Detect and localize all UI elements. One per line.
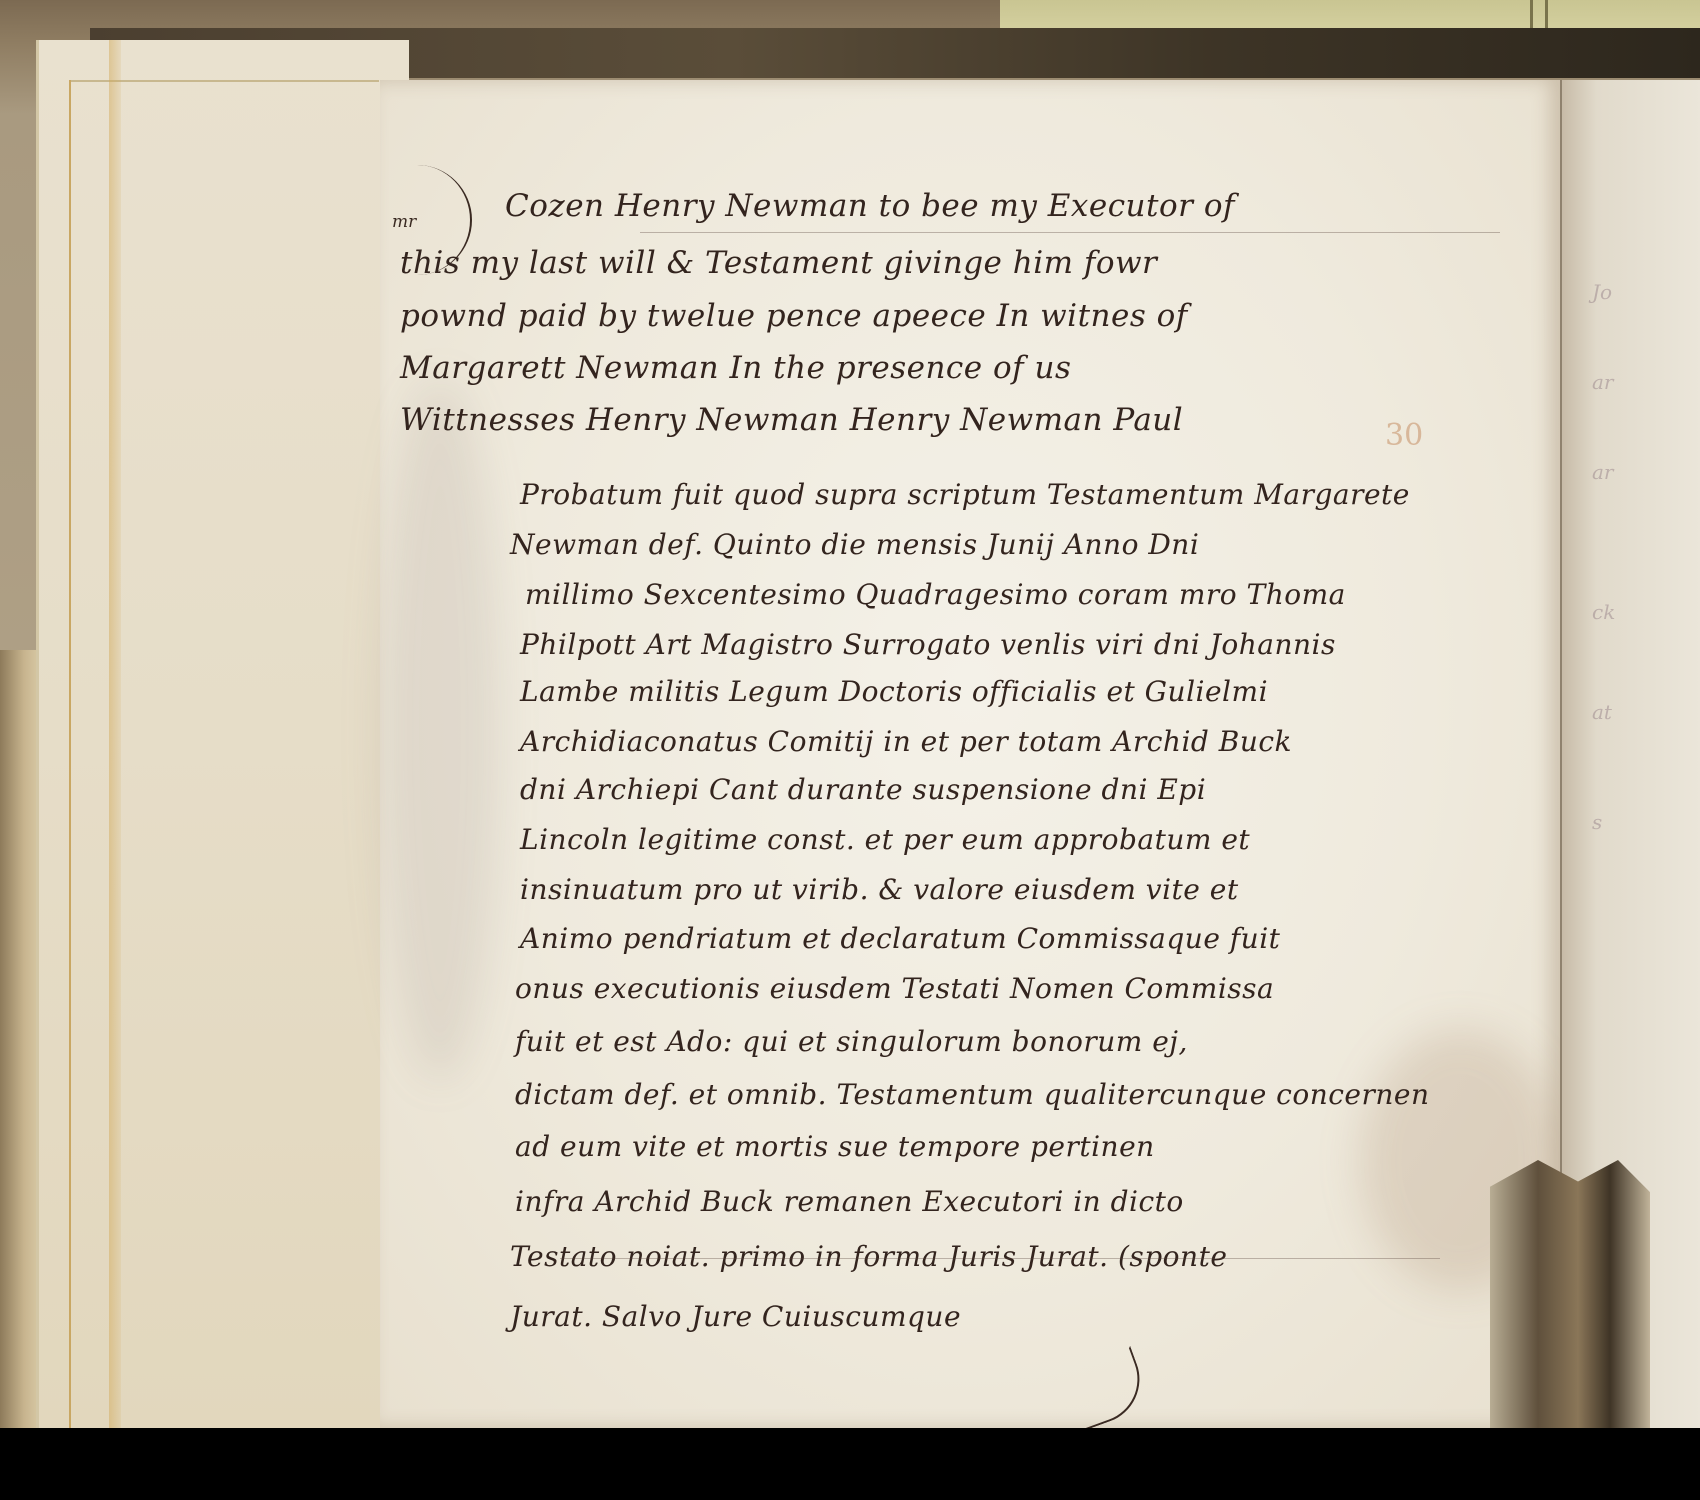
fold-line-vertical — [69, 80, 71, 1428]
manuscript-line: Philpott Art Magistro Surrogato venlis v… — [520, 628, 1336, 661]
manuscript-line: Cozen Henry Newman to bee my Executor of — [505, 188, 1235, 224]
faded-text: at — [1592, 700, 1612, 724]
manuscript-line: Animo pendriatum et declaratum Commissaq… — [520, 922, 1280, 955]
faded-text: s — [1592, 810, 1602, 834]
manuscript-line: Jurat. Salvo Jure Cuiuscumque — [510, 1300, 961, 1333]
manuscript-line: onus executionis eiusdem Testati Nomen C… — [515, 972, 1274, 1005]
bottom-letterbox-band — [0, 1428, 1700, 1500]
show-through-shadow — [380, 380, 500, 1080]
ruled-line — [560, 1258, 1440, 1259]
ruled-line — [640, 232, 1500, 233]
manuscript-line: pownd paid by twelue pence apeece In wit… — [400, 298, 1188, 334]
manuscript-line: millimo Sexcentesimo Quadragesimo coram … — [525, 578, 1346, 611]
manuscript-line: fuit et est Ado: qui et singulorum bonor… — [515, 1025, 1188, 1058]
manuscript-line: ad eum vite et mortis sue tempore pertin… — [515, 1130, 1155, 1163]
manuscript-line: Wittnesses Henry Newman Henry Newman Pau… — [400, 402, 1183, 438]
manuscript-line: Newman def. Quinto die mensis Junij Anno… — [510, 528, 1199, 561]
faded-text: ar — [1592, 460, 1613, 484]
manuscript-line: dni Archiepi Cant durante suspensione dn… — [520, 773, 1206, 806]
left-folded-flap — [36, 40, 409, 1428]
stained-band — [109, 40, 121, 1428]
manuscript-line: Lambe militis Legum Doctoris officialis … — [520, 675, 1268, 708]
folio-number: 30 — [1385, 418, 1423, 453]
manuscript-line: Lincoln legitime const. et per eum appro… — [520, 823, 1250, 856]
torn-edge-fragments — [0, 650, 40, 1428]
manuscript-line: Archidiaconatus Comitij in et per totam … — [520, 725, 1292, 758]
manuscript-line: Probatum fuit quod supra scriptum Testam… — [520, 478, 1410, 511]
faded-text: Jo — [1592, 280, 1612, 304]
manuscript-line: Testato noiat. primo in forma Juris Jura… — [510, 1240, 1227, 1273]
manuscript-line: this my last will & Testament givinge hi… — [400, 245, 1157, 281]
manuscript-photo: Jo ar ar ck at s mr 30 Cozen Henry Newma… — [0, 0, 1700, 1428]
manuscript-line: infra Archid Buck remanen Executori in d… — [515, 1185, 1184, 1218]
manuscript-line: insinuatum pro ut virib. & valore eiusde… — [520, 873, 1239, 906]
faded-text: ck — [1592, 600, 1615, 624]
manuscript-line: dictam def. et omnib. Testamentum qualit… — [515, 1078, 1430, 1111]
faded-text: ar — [1592, 370, 1613, 394]
torn-gutter-damage — [1490, 1160, 1650, 1428]
manuscript-line: Margarett Newman In the presence of us — [400, 350, 1071, 386]
